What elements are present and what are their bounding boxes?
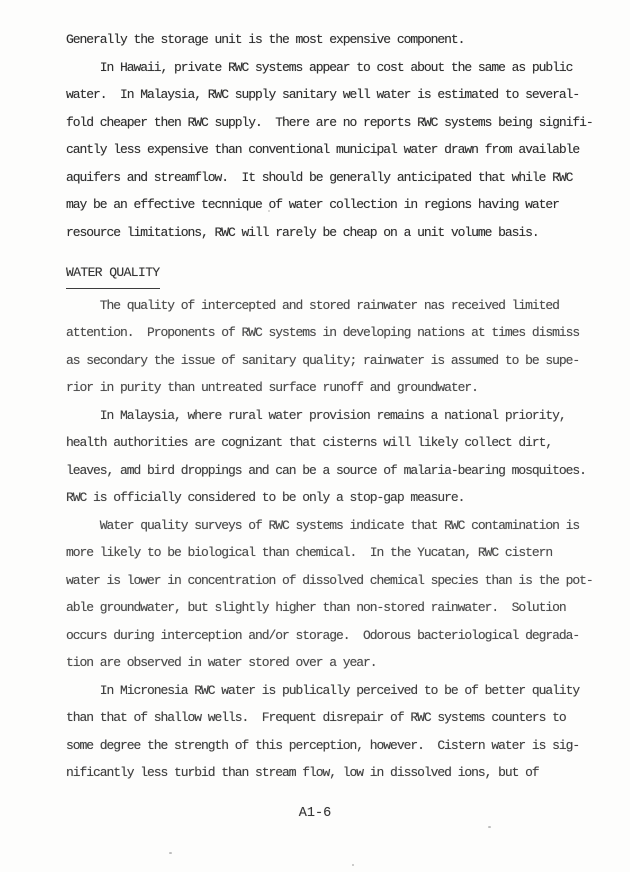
scan-speck <box>268 210 270 212</box>
text-line: aquifers and streamflow. It should be ge… <box>66 164 606 192</box>
text-line: as secondary the issue of sanitary quali… <box>66 347 606 375</box>
scan-speck <box>169 852 172 854</box>
text-line: In Micronesia RWC water is publically pe… <box>66 677 606 705</box>
text-line: nificantly less turbid than stream flow,… <box>66 759 606 787</box>
section-heading-row: WATER QUALITY <box>66 259 606 289</box>
text-line: In Hawaii, private RWC systems appear to… <box>66 54 606 82</box>
text-line: The quality of intercepted and stored ra… <box>66 292 606 320</box>
document-text-block: Generally the storage unit is the most e… <box>66 26 606 787</box>
text-line: In Malaysia, where rural water provision… <box>66 402 606 430</box>
text-line: Generally the storage unit is the most e… <box>66 26 606 54</box>
scanned-document-page: Generally the storage unit is the most e… <box>0 0 630 872</box>
text-line: health authorities are cognizant that ci… <box>66 429 606 457</box>
text-line: attention. Proponents of RWC systems in … <box>66 319 606 347</box>
text-line: water is lower in concentration of disso… <box>66 567 606 595</box>
paragraph: In Hawaii, private RWC systems appear to… <box>66 54 606 247</box>
paragraph: The quality of intercepted and stored ra… <box>66 292 606 402</box>
text-line: rior in purity than untreated surface ru… <box>66 374 606 402</box>
scan-speck <box>352 864 354 866</box>
text-line: leaves, amd bird droppings and can be a … <box>66 457 606 485</box>
page-number: A1-6 <box>0 806 630 821</box>
text-line: resource limitations, RWC will rarely be… <box>66 219 606 247</box>
text-line: tion are observed in water stored over a… <box>66 649 606 677</box>
text-line: cantly less expensive than conventional … <box>66 136 606 164</box>
paragraph: In Micronesia RWC water is publically pe… <box>66 677 606 787</box>
paragraph: Generally the storage unit is the most e… <box>66 26 606 54</box>
text-line: may be an effective tecnnique of water c… <box>66 191 606 219</box>
paragraph: In Malaysia, where rural water provision… <box>66 402 606 512</box>
paragraph: Water quality surveys of RWC systems ind… <box>66 512 606 677</box>
text-line: Water quality surveys of RWC systems ind… <box>66 512 606 540</box>
text-line: than that of shallow wells. Frequent dis… <box>66 704 606 732</box>
text-line: water. In Malaysia, RWC supply sanitary … <box>66 81 606 109</box>
text-line: fold cheaper then RWC supply. There are … <box>66 109 606 137</box>
text-line: more likely to be biological than chemic… <box>66 539 606 567</box>
scan-speck <box>488 826 491 828</box>
text-line: able groundwater, but slightly higher th… <box>66 594 606 622</box>
text-line: occurs during interception and/or storag… <box>66 622 606 650</box>
text-line: RWC is officially considered to be only … <box>66 484 606 512</box>
text-line: some degree the strength of this percept… <box>66 732 606 760</box>
section-heading: WATER QUALITY <box>66 259 160 289</box>
